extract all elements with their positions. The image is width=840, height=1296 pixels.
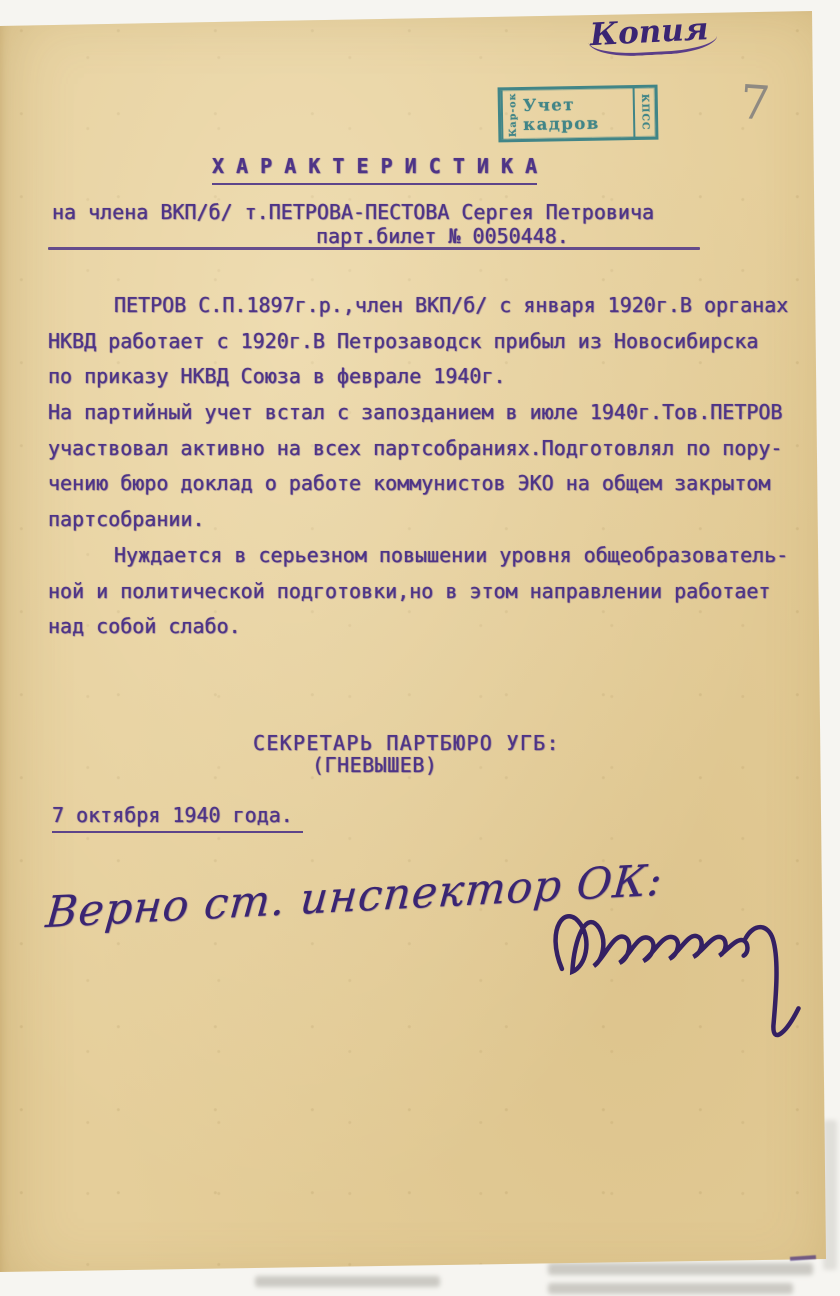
body-line: НКВД работает с 1920г.В Петрозаводск при… [48,324,788,360]
body-line: ной и политической подготовки,но в этом … [48,574,788,610]
body-text: ПЕТРОВ С.П.1897г.р.,член ВКП/б/ с января… [48,288,788,645]
body-line: ПЕТРОВ С.П.1897г.р.,член ВКП/б/ с января… [48,288,788,324]
date-line: 7 октября 1940 года. [52,803,303,833]
body-line: партсобрании. [48,502,788,538]
stamp-left-text: Кар-ок [501,90,524,139]
document-scan: Копия 7 Кар-ок Учет кадров КПСС Х А Р А … [0,0,840,1296]
stamp-right-text: КПСС [633,88,656,137]
ink-smudge [790,1255,816,1261]
pencil-page-number: 7 [738,75,772,132]
signature-scribble [548,862,820,1067]
handwritten-copy-note: Копия [587,11,718,59]
body-line: На партийный учет встал с запозданием в … [48,395,788,431]
signer-name: (ГНЕВЫШЕВ) [312,753,437,777]
document-content: Копия 7 Кар-ок Учет кадров КПСС Х А Р А … [0,0,840,1296]
stamp-center-text: Учет кадров [523,88,634,139]
body-line: Нуждается в серьезном повышении уровня о… [48,538,788,574]
subject-line-1: на члена ВКП/б/ т.ПЕТРОВА-ПЕСТОВА Сергея… [52,200,654,224]
signer-position: СЕКРЕТАРЬ ПАРТБЮРО УГБ: [253,731,560,755]
body-line: участвовал активно на всех партсобраниях… [48,431,788,467]
subject-line-2: парт.билет № 0050448. [316,224,569,248]
body-line: над собой слабо. [48,609,788,645]
body-line: по приказу НКВД Союза в феврале 1940г. [48,359,788,395]
personnel-stamp: Кар-ок Учет кадров КПСС [498,85,659,143]
body-line: чению бюро доклад о работе коммунистов Э… [48,466,788,502]
document-title: Х А Р А К Т Е Р И С Т И К А [212,154,537,185]
underline-rule [48,247,700,250]
